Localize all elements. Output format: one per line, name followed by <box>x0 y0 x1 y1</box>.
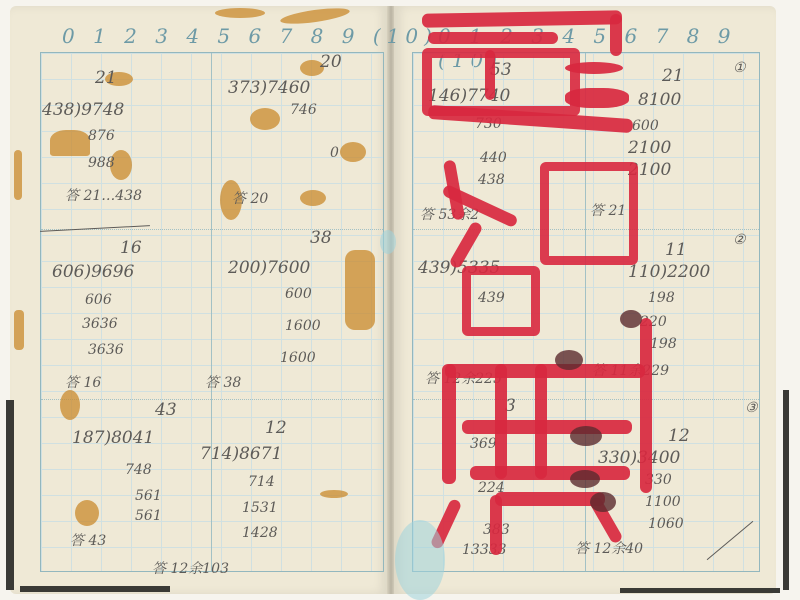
worn-edge <box>6 400 14 590</box>
worn-edge <box>20 586 170 592</box>
notebook-photo: 0 1 2 3 4 5 6 7 8 9 (10) 0 1 2 3 4 5 6 7… <box>0 0 800 600</box>
worn-edge <box>620 588 780 593</box>
left-header-digits: 0 1 2 3 4 5 6 7 8 9 (10) <box>62 24 438 48</box>
worn-edge <box>783 390 789 590</box>
